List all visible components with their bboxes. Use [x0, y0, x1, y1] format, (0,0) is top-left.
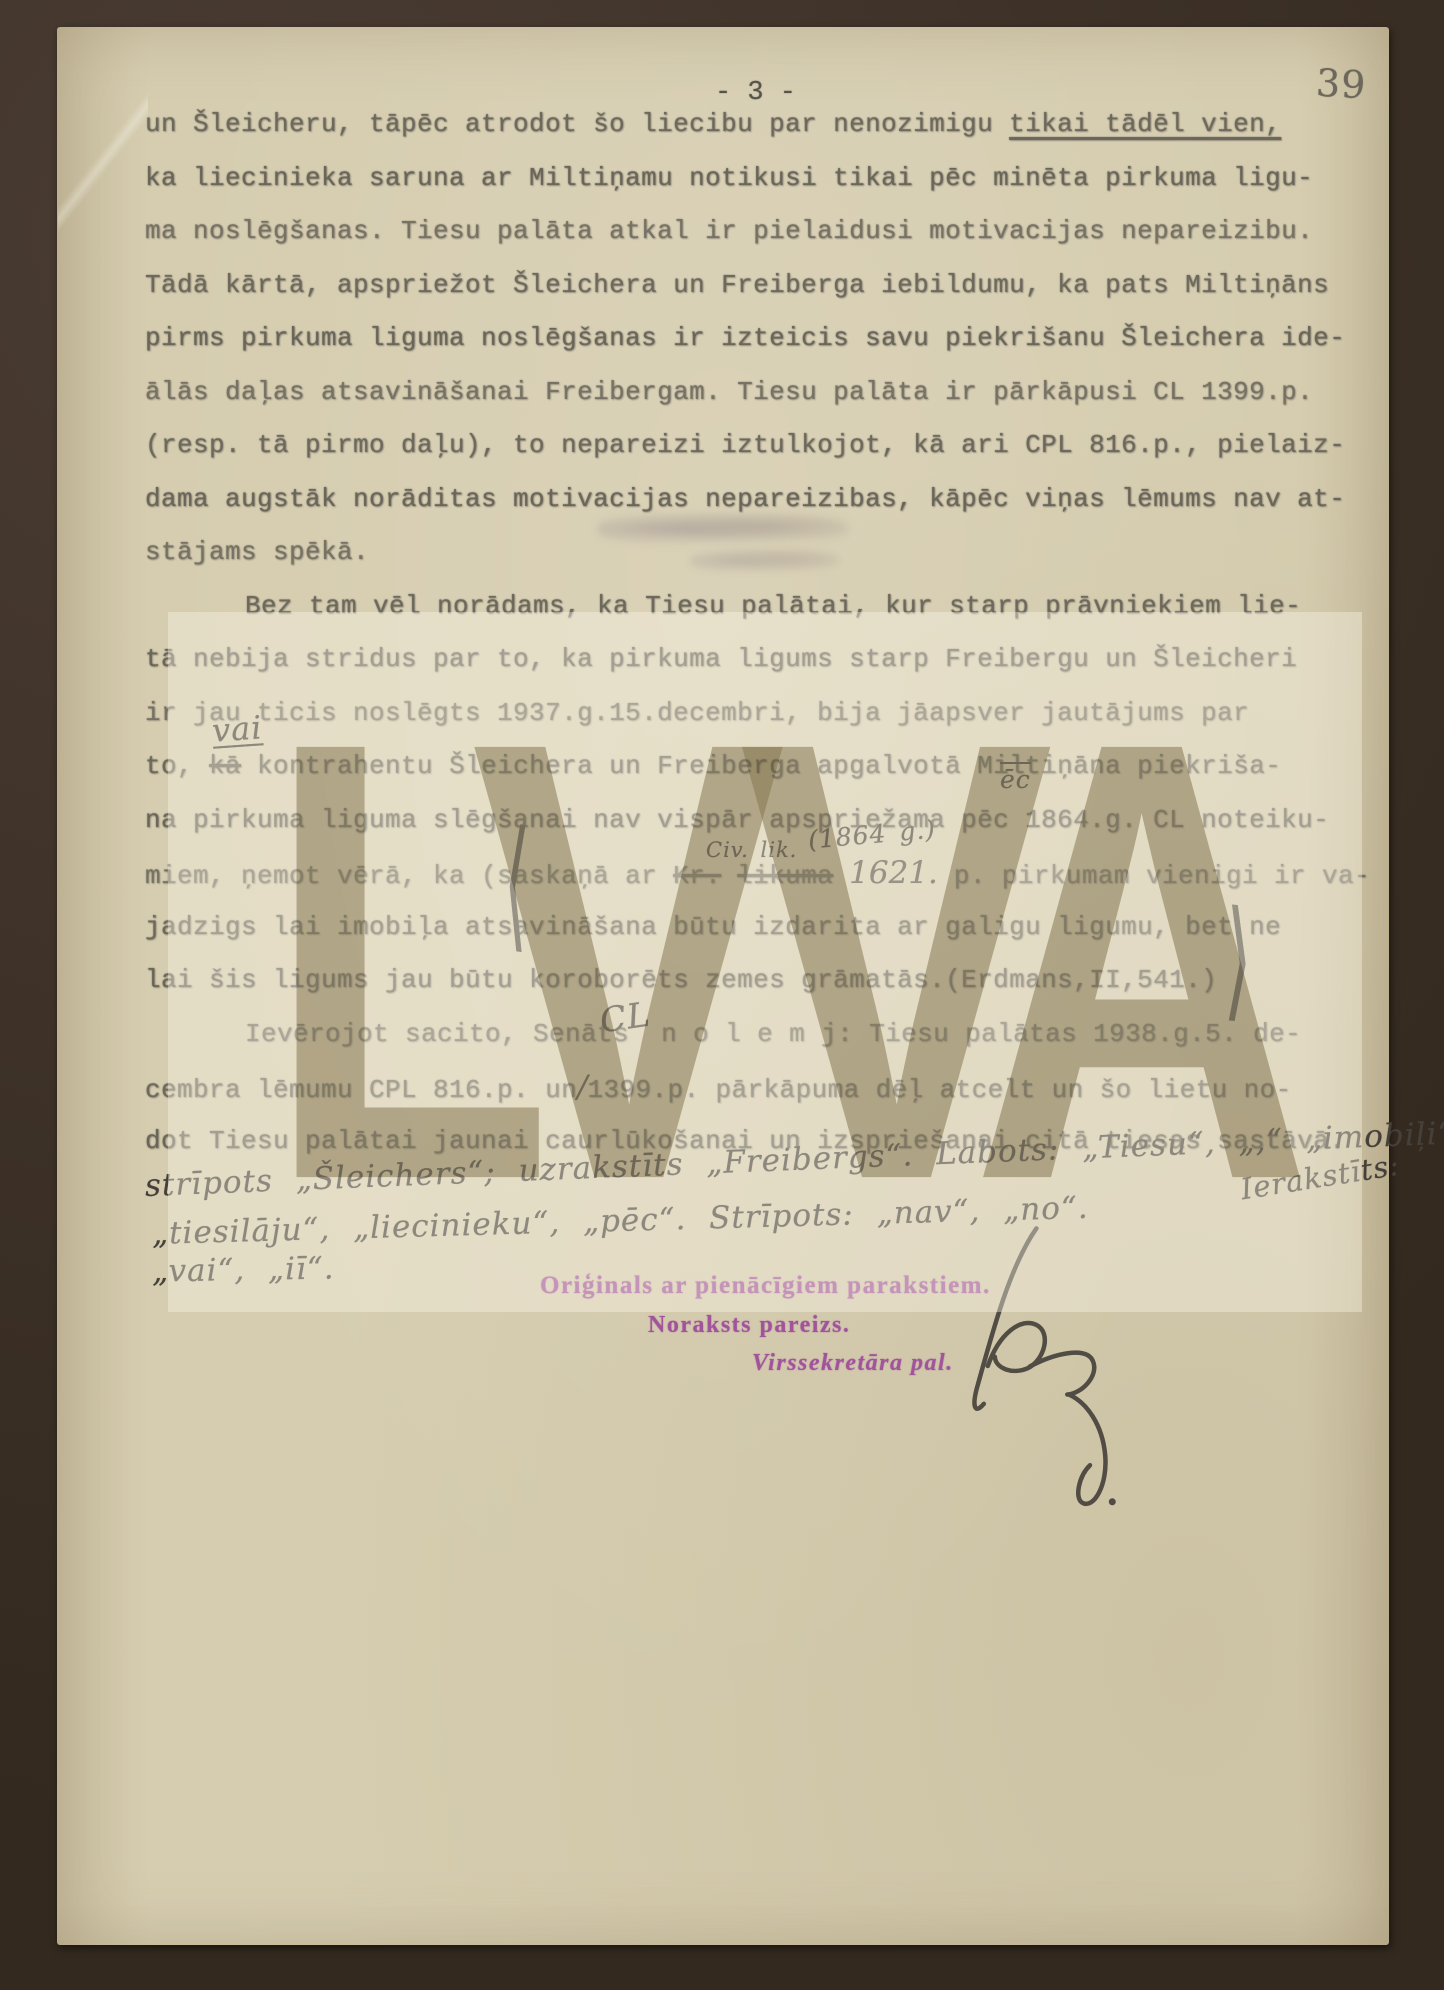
typed-line: dama augstāk norāditas motivacijas nepar…: [145, 473, 1397, 527]
handwritten-open-bracket: ⟨: [502, 799, 532, 968]
typed-line: tā nebija stridus par to, ka pirkuma lig…: [145, 633, 1397, 687]
typed-line: Ievērojot sacito, Senāts n o l e m j: Ti…: [145, 1008, 1397, 1062]
stamp-line-virssekretara: Virssekretāra pal.: [752, 1350, 954, 1377]
typed-line: ir jau ticis noslēgts 1937.g.15.decembri…: [145, 687, 1397, 741]
typed-line: ka liecinieka saruna ar Miltiņamu notiku…: [145, 152, 1397, 206]
stamp-line-noraksts: Noraksts pareizs.: [648, 1312, 850, 1339]
signature: [915, 1211, 1174, 1523]
handwritten-close-bracket: ⟩: [1223, 883, 1254, 1037]
typed-line: Tādā kārtā, apspriežot Šleichera un Frei…: [145, 259, 1397, 313]
typed-line: to, kā kontrahentu Šleichera un Freiberg…: [145, 740, 1397, 794]
handwritten-insertion-cl: CL: [597, 995, 653, 1042]
handwritten-inline: 1621.: [849, 855, 938, 891]
typed-line: lai šis ligums jau būtu koroborēts zemes…: [145, 954, 1397, 1008]
typed-line: jadzigs lai imobiļa atsavināšana būtu iz…: [145, 901, 1397, 955]
typed-text: un Šleicheru, tāpēc atrodot šo liecibu p…: [145, 98, 1397, 1168]
typed-line: pirms pirkuma liguma noslēgšanas ir izte…: [145, 312, 1397, 366]
typed-line: cembra lēmumu CPL 816.p. un/1399.p. pārk…: [145, 1061, 1397, 1115]
handwritten-civlik-note: Civ. lik.: [706, 838, 797, 862]
typed-line: (resp. tā pirmo daļu), to nepareizi iztu…: [145, 419, 1397, 473]
stamp-line-originals: Oriģinals ar pienācīgiem parakstiem.: [540, 1272, 991, 1300]
typed-line: ma noslēgšanas. Tiesu palāta atkal ir pi…: [145, 205, 1397, 259]
handwritten-inline: /: [577, 1069, 587, 1105]
typed-line: ālās daļas atsavināšanai Freibergam. Tie…: [145, 366, 1397, 420]
typed-line: un Šleicheru, tāpēc atrodot šo liecibu p…: [145, 98, 1397, 152]
handwritten-correction-ec: ēc: [1000, 762, 1031, 794]
handwritten-insertion-vai: vai: [211, 708, 264, 749]
typed-line: stājams spēkā.: [145, 526, 1397, 580]
margin-note-4: „vai“, „iī“.: [152, 1250, 335, 1289]
typed-line: Bez tam vēl norādams, ka Tiesu palātai, …: [145, 580, 1397, 634]
